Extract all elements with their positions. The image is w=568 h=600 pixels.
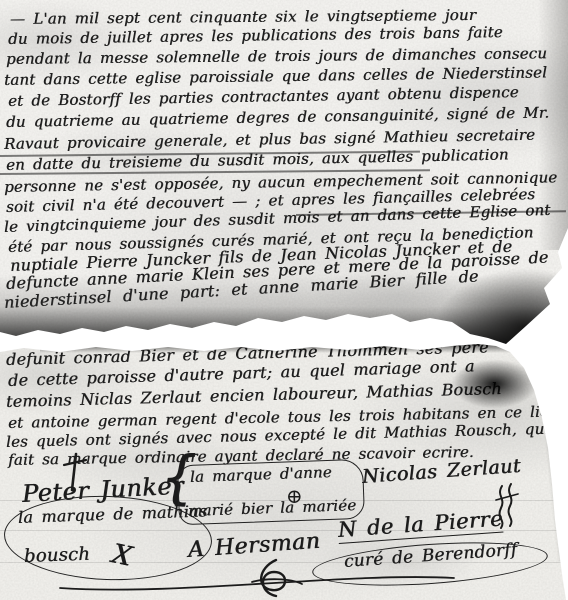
manuscript-fragment-top: — L'an mil sept cent cinquante six le vi… <box>0 0 568 346</box>
handwritten-line: du mois de juillet apres les publication… <box>8 25 503 47</box>
manuscript-fragment-bottom: defunit conrad Bier et de Catherine Thom… <box>0 344 568 600</box>
scanned-document-page: — L'an mil sept cent cinquante six le vi… <box>0 0 568 600</box>
mathias-mark-label-bottom: bousch <box>24 546 91 566</box>
underline-flourish <box>58 568 458 596</box>
priest-signature: N de la Pierre <box>337 508 504 543</box>
torn-edge-shading <box>536 360 568 562</box>
